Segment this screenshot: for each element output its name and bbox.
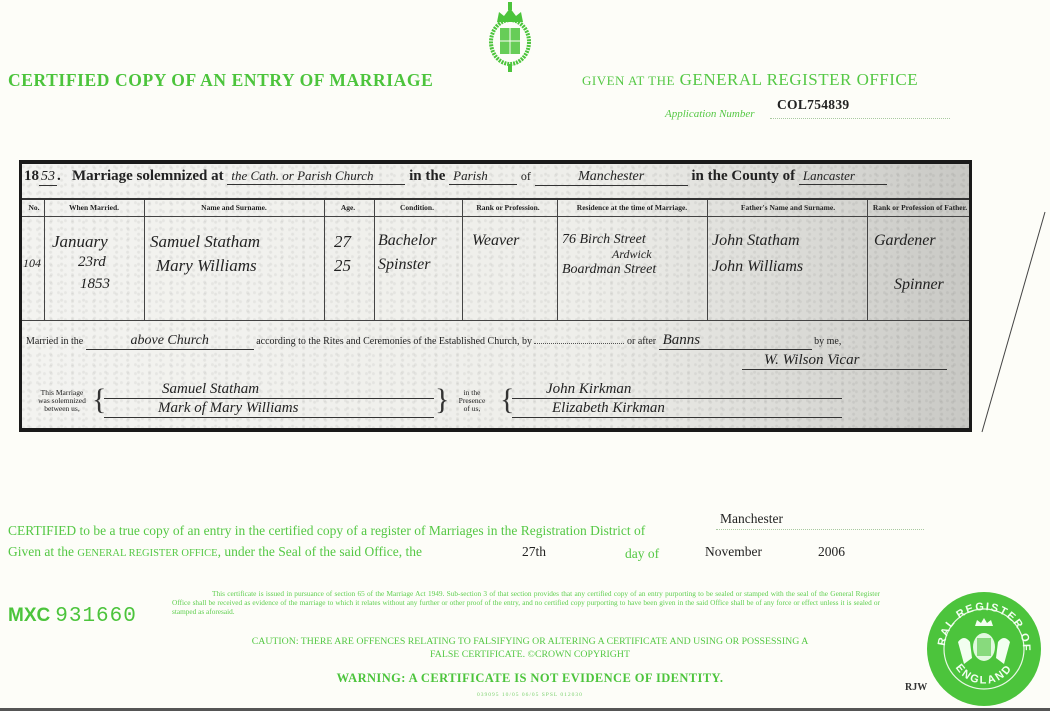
col-condition: Condition. bbox=[374, 203, 460, 212]
officiant: W. Wilson Vicar bbox=[742, 352, 947, 370]
district-line bbox=[716, 529, 924, 530]
register-header: 1853. Marriage solemnized at the Cath. o… bbox=[24, 168, 887, 186]
witness-1-signature: John Kirkman bbox=[512, 381, 842, 399]
entry-month: January bbox=[52, 232, 108, 252]
col-divider bbox=[707, 200, 708, 320]
identity-warning: WARNING: A CERTIFICATE IS NOT EVIDENCE O… bbox=[180, 671, 880, 686]
col-divider bbox=[324, 200, 325, 320]
groom-name: Samuel Statham bbox=[150, 232, 260, 252]
of-label: of bbox=[521, 169, 531, 183]
gro-main: GENERAL REGISTER OFFICE bbox=[680, 70, 919, 89]
label-line: between us, bbox=[32, 405, 92, 413]
col-name: Name and Surname. bbox=[144, 203, 324, 212]
col-divider bbox=[462, 200, 463, 320]
groom-age: 27 bbox=[334, 232, 351, 252]
serial-prefix: MXC bbox=[8, 605, 50, 626]
given-at-b: , under the Seal of the said Office, the bbox=[218, 544, 422, 559]
groom-residence: 76 Birch Street bbox=[562, 232, 646, 248]
witness-2-signature: Elizabeth Kirkman bbox=[512, 400, 842, 418]
bride-signature: Mark of Mary Williams bbox=[104, 400, 434, 418]
caution-line-2: FALSE CERTIFICATE. ©CROWN COPYRIGHT bbox=[180, 648, 880, 661]
certification-text: CERTIFIED to be a true copy of an entry … bbox=[8, 523, 645, 539]
gro-seal-icon: GENERAL REGISTER OFFICE ENGLAND bbox=[925, 590, 1043, 708]
entry-number: 104 bbox=[23, 256, 41, 271]
col-father-profession: Rank or Profession of Father. bbox=[870, 203, 970, 212]
col-age: Age. bbox=[324, 203, 372, 212]
col-profession: Rank or Profession. bbox=[462, 203, 554, 212]
groom-condition: Bachelor bbox=[378, 232, 437, 250]
in-the-label: in the bbox=[409, 168, 445, 184]
col-father-name: Father's Name and Surname. bbox=[712, 203, 864, 212]
bride-residence: Boardman Street bbox=[562, 262, 656, 278]
church-name: the Cath. or Parish Church bbox=[227, 168, 405, 185]
gro-heading: Given at the GENERAL REGISTER OFFICE bbox=[582, 70, 918, 90]
certification-day: 27th bbox=[522, 544, 546, 560]
form-code: 039095 10/05 06/05 SPSL 012030 bbox=[180, 692, 880, 698]
application-number-label: Application Number bbox=[665, 108, 755, 120]
given-at-a: Given at the bbox=[8, 544, 77, 559]
table-bottom-rule bbox=[22, 320, 969, 321]
caution-notice: CAUTION: THERE ARE OFFENCES RELATING TO … bbox=[180, 635, 880, 661]
married-in-row: Married in the above Church according to… bbox=[26, 332, 841, 350]
groom-father-name: John Statham bbox=[712, 232, 800, 250]
presence-label: in the Presence of us, bbox=[452, 389, 492, 413]
legal-notice: This certificate is issued in pursuance … bbox=[172, 589, 880, 616]
day-of-label: day of bbox=[625, 546, 659, 562]
groom-profession: Weaver bbox=[472, 232, 519, 250]
year-suffix: 53 bbox=[39, 169, 57, 186]
solemnized-label: Marriage solemnized at bbox=[72, 168, 224, 184]
application-number-line bbox=[770, 118, 950, 119]
given-at-text: Given at the General Register Office, un… bbox=[8, 544, 422, 560]
county-label: in the County of bbox=[691, 168, 795, 184]
serial-number: 931660 bbox=[55, 605, 137, 628]
label-line: of us, bbox=[452, 405, 492, 413]
certificate-serial: MXC 931660 bbox=[8, 604, 137, 628]
col-residence: Residence at the time of Marriage. bbox=[562, 203, 702, 212]
rites-text: according to the Rites and Ceremonies of… bbox=[256, 336, 532, 347]
married-in-value: above Church bbox=[86, 333, 254, 350]
col-divider bbox=[867, 200, 868, 320]
document-title: CERTIFIED COPY OF AN ENTRY OF MARRIAGE bbox=[8, 70, 433, 91]
bride-condition: Spinster bbox=[378, 256, 430, 274]
entry-day: 23rd bbox=[78, 254, 106, 271]
application-number: COL754839 bbox=[777, 97, 849, 113]
parish-district: Manchester bbox=[535, 169, 688, 186]
bride-father-profession: Spinner bbox=[894, 276, 944, 294]
bride-age: 25 bbox=[334, 256, 351, 276]
register-entry: 1853. Marriage solemnized at the Cath. o… bbox=[19, 160, 972, 432]
year-prefix: 18 bbox=[24, 168, 39, 184]
groom-residence-area: Ardwick bbox=[612, 247, 652, 262]
certification-year: 2006 bbox=[818, 544, 845, 560]
banns-value: Banns bbox=[659, 332, 812, 350]
col-divider bbox=[44, 200, 45, 320]
by-me-label: by me, bbox=[814, 336, 841, 347]
royal-crest-icon bbox=[487, 2, 533, 74]
county-name: Lancaster bbox=[799, 168, 887, 185]
district-type: Parish bbox=[449, 168, 517, 185]
married-in-label: Married in the bbox=[26, 336, 83, 347]
col-divider bbox=[144, 200, 145, 320]
registration-district: Manchester bbox=[720, 511, 783, 527]
column-headers: No. When Married. Name and Surname. Age.… bbox=[22, 200, 969, 217]
brace-right: } bbox=[435, 386, 449, 414]
solemnized-between-label: This Marriage was solemnized between us, bbox=[32, 389, 92, 413]
bride-name: Mary Williams bbox=[156, 256, 257, 276]
certification-month: November bbox=[705, 544, 762, 560]
col-divider bbox=[374, 200, 375, 320]
or-after-label: or after bbox=[627, 336, 656, 347]
given-at-office: General Register Office bbox=[77, 548, 217, 559]
col-no: No. bbox=[24, 203, 44, 212]
registrar-initials: RJW bbox=[905, 682, 927, 693]
entry-year: 1853 bbox=[80, 276, 110, 293]
bride-father-name: John Williams bbox=[712, 258, 803, 276]
gro-prefix: Given at the bbox=[582, 73, 675, 88]
caution-line-1: CAUTION: THERE ARE OFFENCES RELATING TO … bbox=[180, 635, 880, 648]
groom-father-profession: Gardener bbox=[874, 232, 936, 250]
groom-signature: Samuel Statham bbox=[104, 381, 434, 399]
col-when-married: When Married. bbox=[46, 203, 142, 212]
col-divider bbox=[557, 200, 558, 320]
